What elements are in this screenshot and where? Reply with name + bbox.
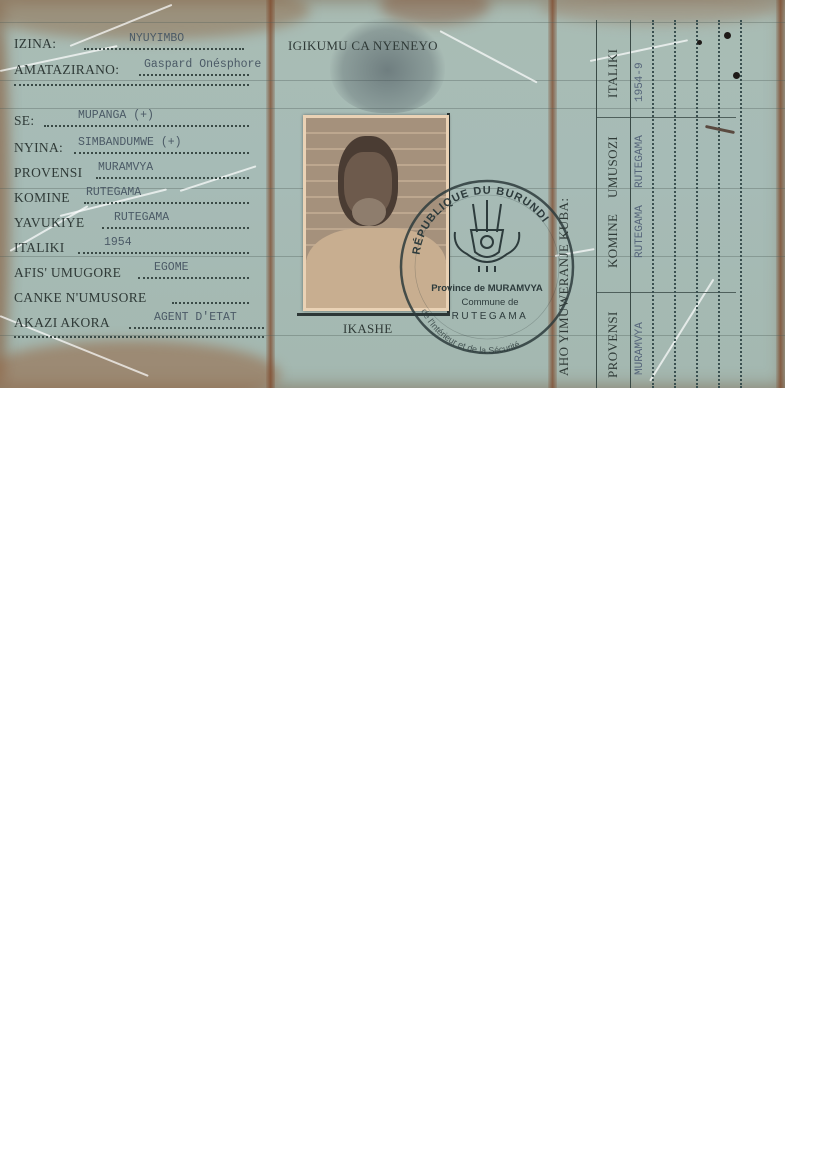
field-izina: IZINA: NYUYIMBO <box>14 36 56 52</box>
value-komine: RUTEGAMA <box>634 205 646 258</box>
stain <box>0 20 10 380</box>
field-label: CANKE N'UMUSORE <box>14 290 147 306</box>
value-italiki: 1954-9 <box>634 62 646 102</box>
relocation-table: ITALIKI UMUSOZI KOMINE PROVENSI 1954-9 R… <box>596 20 756 388</box>
table-dotted-column <box>652 20 654 388</box>
relocation-heading: AHO YIMUWERANJE KUBA: <box>556 198 572 376</box>
ink-spot <box>697 40 702 45</box>
field-value: MUPANGA (+) <box>78 109 154 122</box>
dotted-line <box>129 327 264 329</box>
field-italiki: ITALIKI 1954 <box>14 240 65 256</box>
dotted-line <box>96 177 249 179</box>
field-label: KOMINE <box>14 190 70 206</box>
stain <box>0 340 280 388</box>
crease <box>440 30 538 83</box>
field-canke-numusore: CANKE N'UMUSORE <box>14 290 147 306</box>
field-value: NYUYIMBO <box>129 32 184 45</box>
ikashe-label: IKASHE <box>343 321 392 337</box>
field-komine: KOMINE RUTEGAMA <box>14 190 70 206</box>
table-divider <box>596 292 736 293</box>
field-value: RUTEGAMA <box>86 186 141 199</box>
table-dotted-column <box>674 20 676 388</box>
holder-thumbprint-label: IGIKUMU CA NYENEYO <box>288 38 438 54</box>
field-label: ITALIKI <box>14 240 65 256</box>
field-amatazirano: AMATAZIRANO: Gaspard Onésphore <box>14 62 119 78</box>
table-dotted-column <box>740 20 742 388</box>
field-label: IZINA: <box>14 36 56 52</box>
field-value: Gaspard Onésphore <box>144 58 261 71</box>
dotted-line <box>78 252 249 254</box>
field-label: NYINA: <box>14 140 63 156</box>
stamp-province: Province de MURAMVYA <box>431 283 543 294</box>
field-label: AKAZI AKORA <box>14 315 110 331</box>
field-value: MURAMVYA <box>98 161 153 174</box>
photo-beard <box>352 198 386 226</box>
field-akazi-akora: AKAZI AKORA AGENT D'ETAT <box>14 315 110 331</box>
field-provensi: PROVENSI MURAMVYA <box>14 165 82 181</box>
dotted-line <box>102 227 249 229</box>
ink-spot <box>733 72 740 79</box>
value-provensi: MURAMVYA <box>634 322 646 375</box>
field-value: 1954 <box>104 236 132 249</box>
field-label: PROVENSI <box>14 165 82 181</box>
dotted-line <box>84 48 244 50</box>
dotted-line <box>14 84 249 86</box>
dotted-line <box>44 125 249 127</box>
field-nyina: NYINA: SIMBANDUMWE (+) <box>14 140 63 156</box>
field-label: AMATAZIRANO: <box>14 62 119 78</box>
table-border <box>630 20 631 388</box>
field-value: EGOME <box>154 261 189 274</box>
field-se: SE: MUPANGA (+) <box>14 113 34 129</box>
identity-card: IZINA: NYUYIMBO AMATAZIRANO: Gaspard Oné… <box>0 0 785 388</box>
coat-of-arms-icon <box>455 200 520 272</box>
field-afis-umugore: AFIS' UMUGORE EGOME <box>14 265 121 281</box>
column-header-italiki: ITALIKI <box>605 49 621 98</box>
table-border <box>596 20 597 388</box>
thumbprint <box>330 18 445 113</box>
column-header-umusozi: UMUSOZI <box>605 136 621 198</box>
dotted-line <box>139 74 249 76</box>
dotted-line <box>74 152 249 154</box>
stamp-seal-icon: RÉPUBLIQUE DU BURUNDI Province de MURAMV… <box>395 172 580 362</box>
fold-line-left <box>266 0 275 388</box>
field-value: SIMBANDUMWE (+) <box>78 136 182 149</box>
field-label: SE: <box>14 113 34 129</box>
field-yavukiye: YAVUKIYE RUTEGAMA <box>14 215 84 231</box>
field-value: AGENT D'ETAT <box>154 311 237 324</box>
table-dotted-column <box>718 20 720 388</box>
value-umusozi: RUTEGAMA <box>634 135 646 188</box>
field-label: YAVUKIYE <box>14 215 84 231</box>
field-value: RUTEGAMA <box>114 211 169 224</box>
column-header-provensi: PROVENSI <box>605 311 621 378</box>
table-dotted-column <box>696 20 698 388</box>
column-header-komine: KOMINE <box>605 214 621 268</box>
dotted-line <box>138 277 249 279</box>
dotted-line <box>14 336 264 338</box>
stamp-commune-name: RUTEGAMA <box>452 311 529 322</box>
field-label: AFIS' UMUGORE <box>14 265 121 281</box>
dotted-line <box>84 202 249 204</box>
stamp-commune-label: Commune de <box>461 297 518 308</box>
dotted-line <box>172 302 249 304</box>
table-divider <box>596 117 736 118</box>
card-edge-right <box>776 0 785 388</box>
official-stamp: RÉPUBLIQUE DU BURUNDI Province de MURAMV… <box>395 172 580 362</box>
ink-spot <box>724 32 731 39</box>
